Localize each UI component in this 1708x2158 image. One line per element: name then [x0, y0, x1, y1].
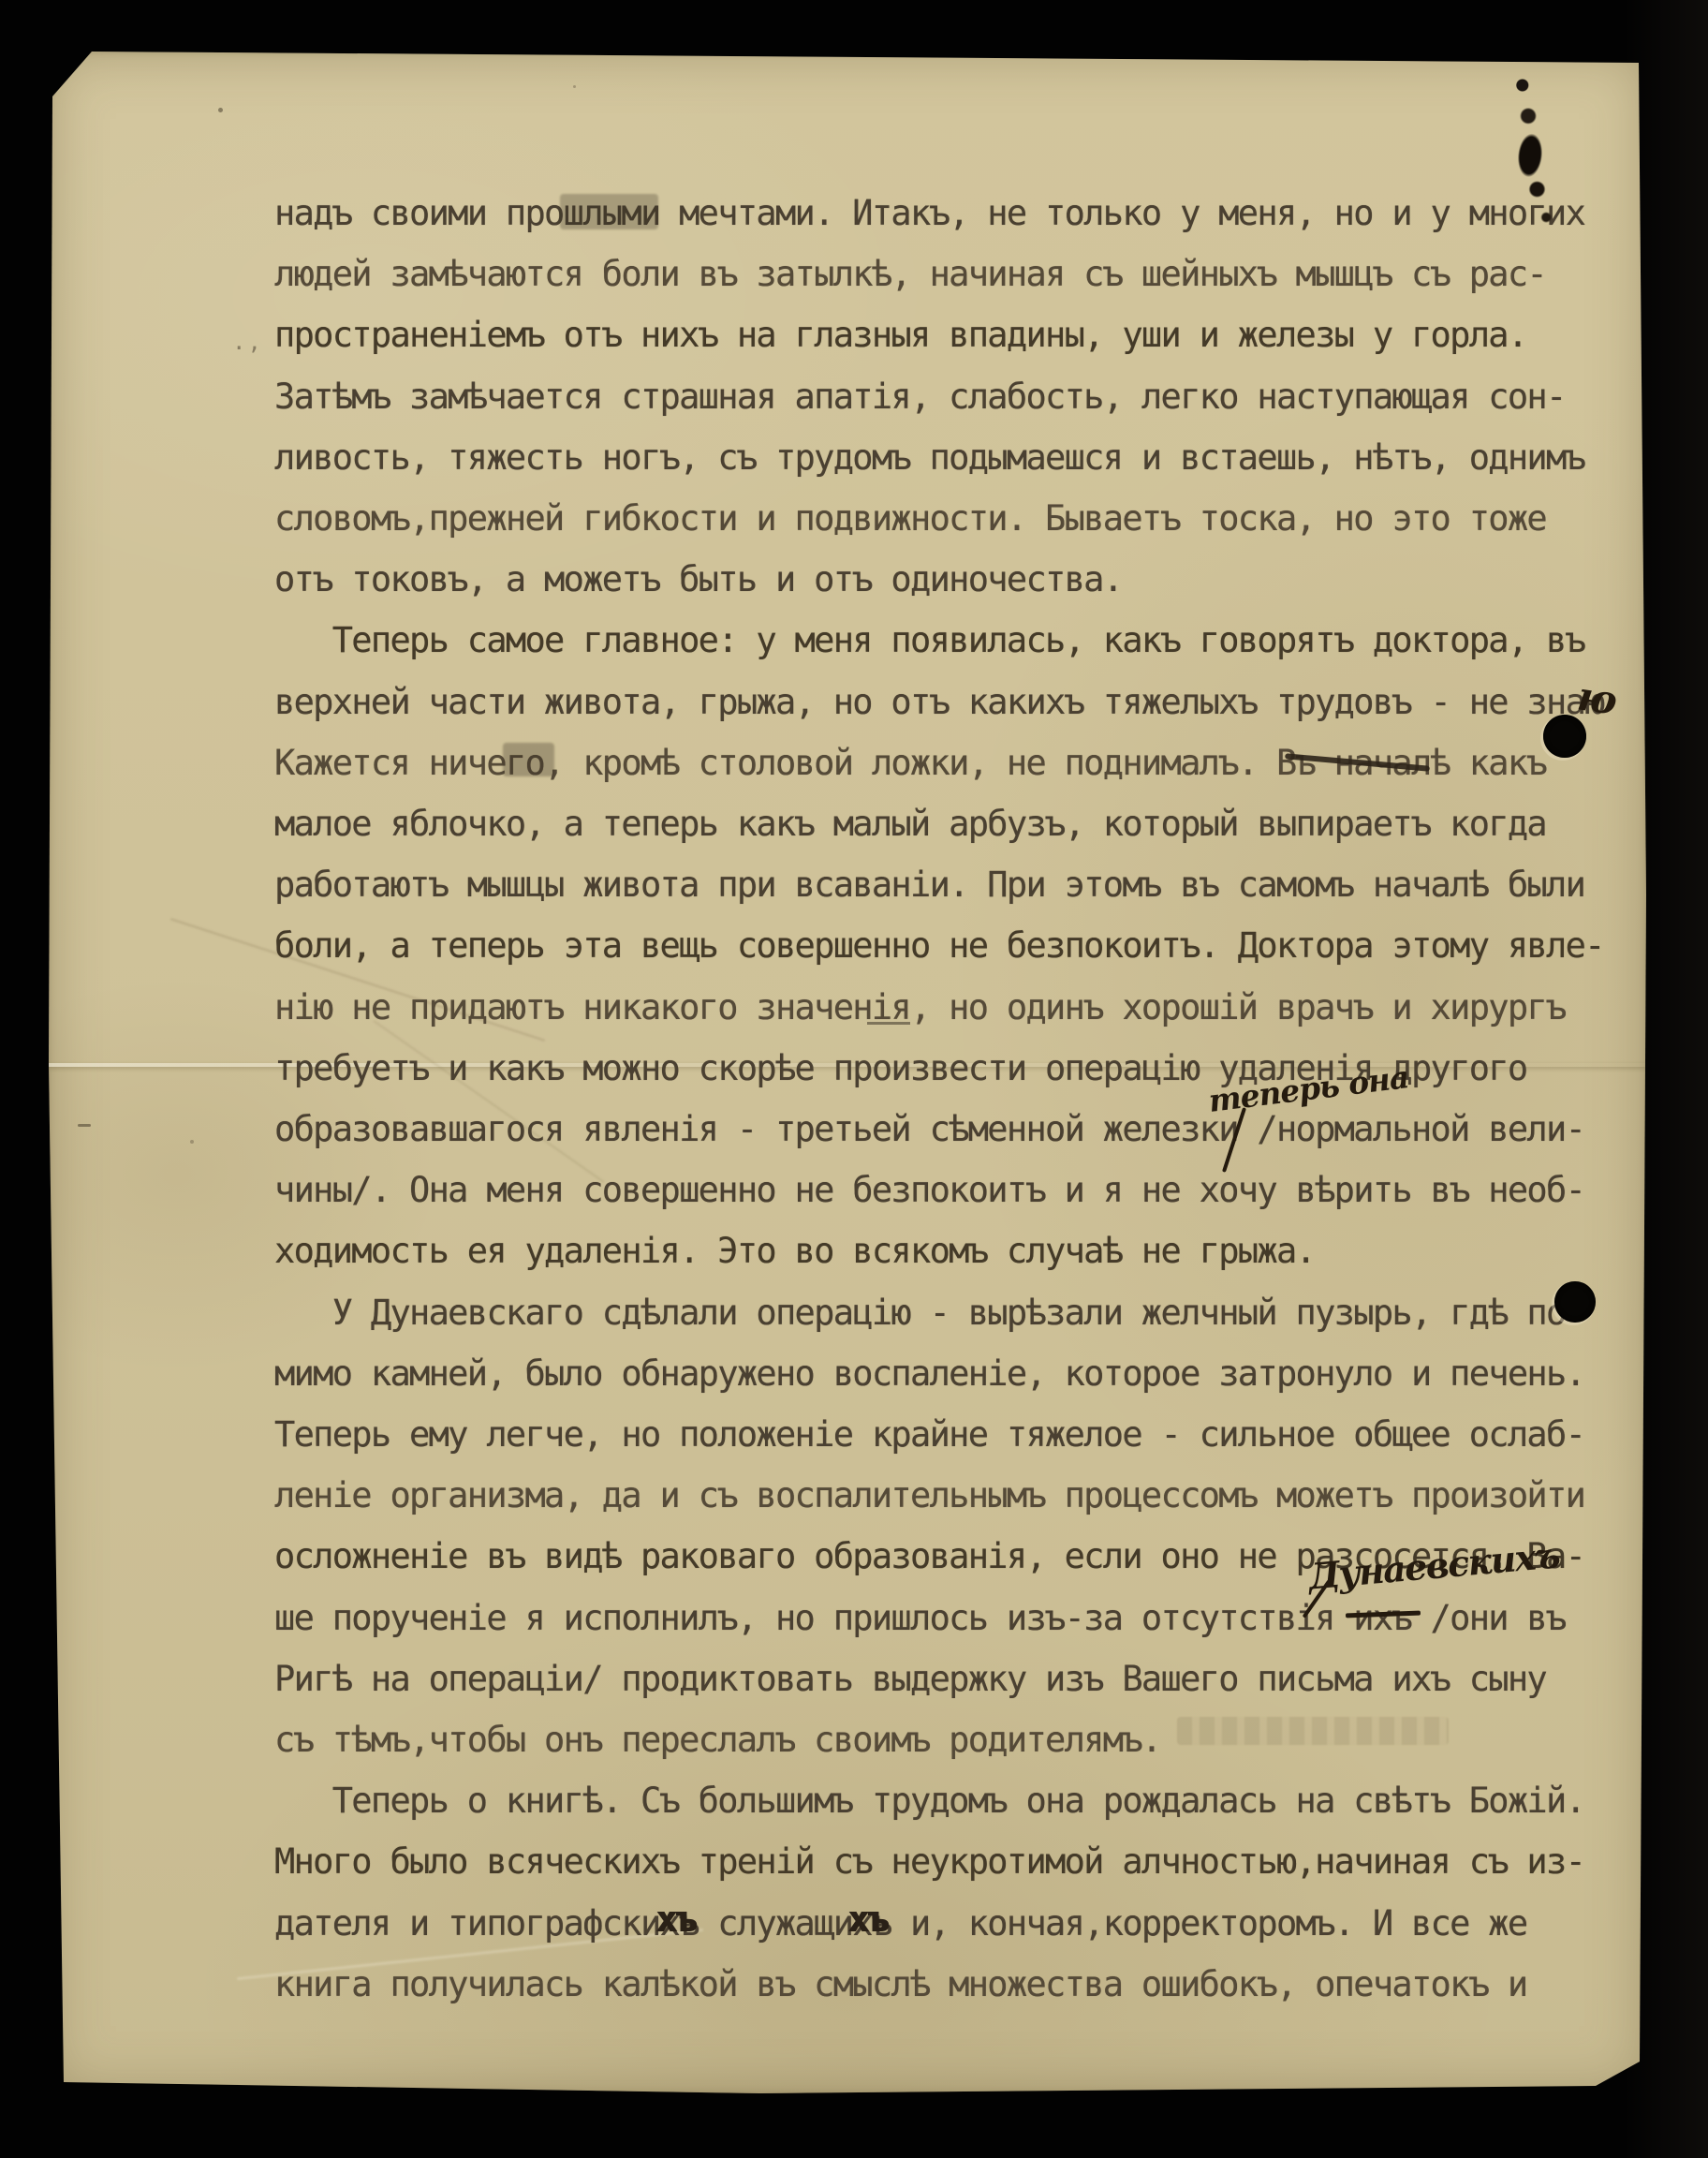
text-line: дателя и типографскихъ служащихъ и, конч…	[274, 1893, 1642, 1954]
scan-background: надъ своими прошлыми мечтами. Итакъ, не …	[0, 0, 1708, 2158]
ink-splatter	[1480, 73, 1569, 229]
text-line: требуетъ и какъ можно скорѣе произвести …	[274, 1038, 1642, 1099]
text-line: чины/. Она меня совершенно не безпокоитъ…	[274, 1160, 1642, 1220]
text-line: верхней части живота, грыжа, но отъ каки…	[274, 672, 1642, 732]
text-line: малое яблочко, а теперь какъ малый арбуз…	[274, 793, 1642, 854]
paper-speck	[218, 108, 223, 112]
text-line: ливость, тяжесть ногъ, съ трудомъ подыма…	[274, 427, 1642, 488]
overtype-correction: хъ	[847, 1899, 887, 1940]
text-line: Теперь о книгѣ. Съ большимъ трудомъ она …	[274, 1770, 1642, 1831]
paper-speck	[78, 1124, 91, 1127]
text-line: Затѣмъ замѣчается страшная апатія, слабо…	[274, 366, 1642, 427]
text-line: пространеніемъ отъ нихъ на глазныя впади…	[274, 304, 1642, 365]
overtype-smudge	[560, 194, 658, 229]
text-line: Кажется ничего, кромѣ столовой ложки, не…	[274, 732, 1642, 793]
text-line: книга получилась калѣкой въ смыслѣ множе…	[274, 1954, 1642, 2015]
text-line: отъ токовъ, а можетъ быть и отъ одиночес…	[274, 549, 1642, 610]
text-line: надъ своими прошлыми мечтами. Итакъ, не …	[274, 183, 1642, 244]
text-line: образовавшагося явленія - третьей сѣменн…	[274, 1099, 1642, 1160]
text-line: Ригѣ на операціи/ продиктовать выдержку …	[274, 1648, 1642, 1709]
text-line: словомъ,прежней гибкости и подвижности. …	[274, 488, 1642, 549]
text-line: мимо камней, было обнаружено воспаленіе,…	[274, 1343, 1642, 1404]
punch-hole	[1543, 715, 1586, 758]
text-line: леніе организма, да и съ воспалительнымъ…	[274, 1465, 1642, 1526]
paper-speck	[573, 85, 576, 88]
text-line: работаютъ мышцы живота при всаваніи. При…	[274, 854, 1642, 915]
handwritten-overtype-yu: ю	[1575, 673, 1619, 723]
text-line: Теперь ему легче, но положеніе крайне тя…	[274, 1404, 1642, 1465]
overtype-smudge	[503, 743, 554, 776]
text-line: людей замѣчаются боли въ затылкѣ, начина…	[274, 244, 1642, 304]
text-line: ше порученіе я исполнилъ, но пришлось из…	[274, 1588, 1642, 1648]
text-line: Много было всяческихъ треній съ неукроти…	[274, 1831, 1642, 1892]
margin-mark: .,	[232, 329, 263, 355]
text-line: У Дунаевскаго сдѣлали операцію - вырѣзал…	[274, 1282, 1642, 1343]
text-line: нію не придаютъ никакого значенія, но од…	[274, 977, 1642, 1038]
paper-sheet: надъ своими прошлыми мечтами. Итакъ, не …	[49, 52, 1646, 2093]
paper-speck	[190, 1140, 194, 1144]
text-line: Теперь самое главное: у меня появилась, …	[274, 610, 1642, 671]
text-line: ходимость ея удаленія. Это во всякомъ сл…	[274, 1220, 1642, 1281]
erased-text-smudge	[1177, 1717, 1449, 1745]
text-line: боли, а теперь эта вещь совершенно не бе…	[274, 915, 1642, 976]
underline-mark	[867, 1022, 910, 1025]
overtype-correction: хъ	[655, 1899, 695, 1940]
punch-hole	[1554, 1281, 1596, 1323]
